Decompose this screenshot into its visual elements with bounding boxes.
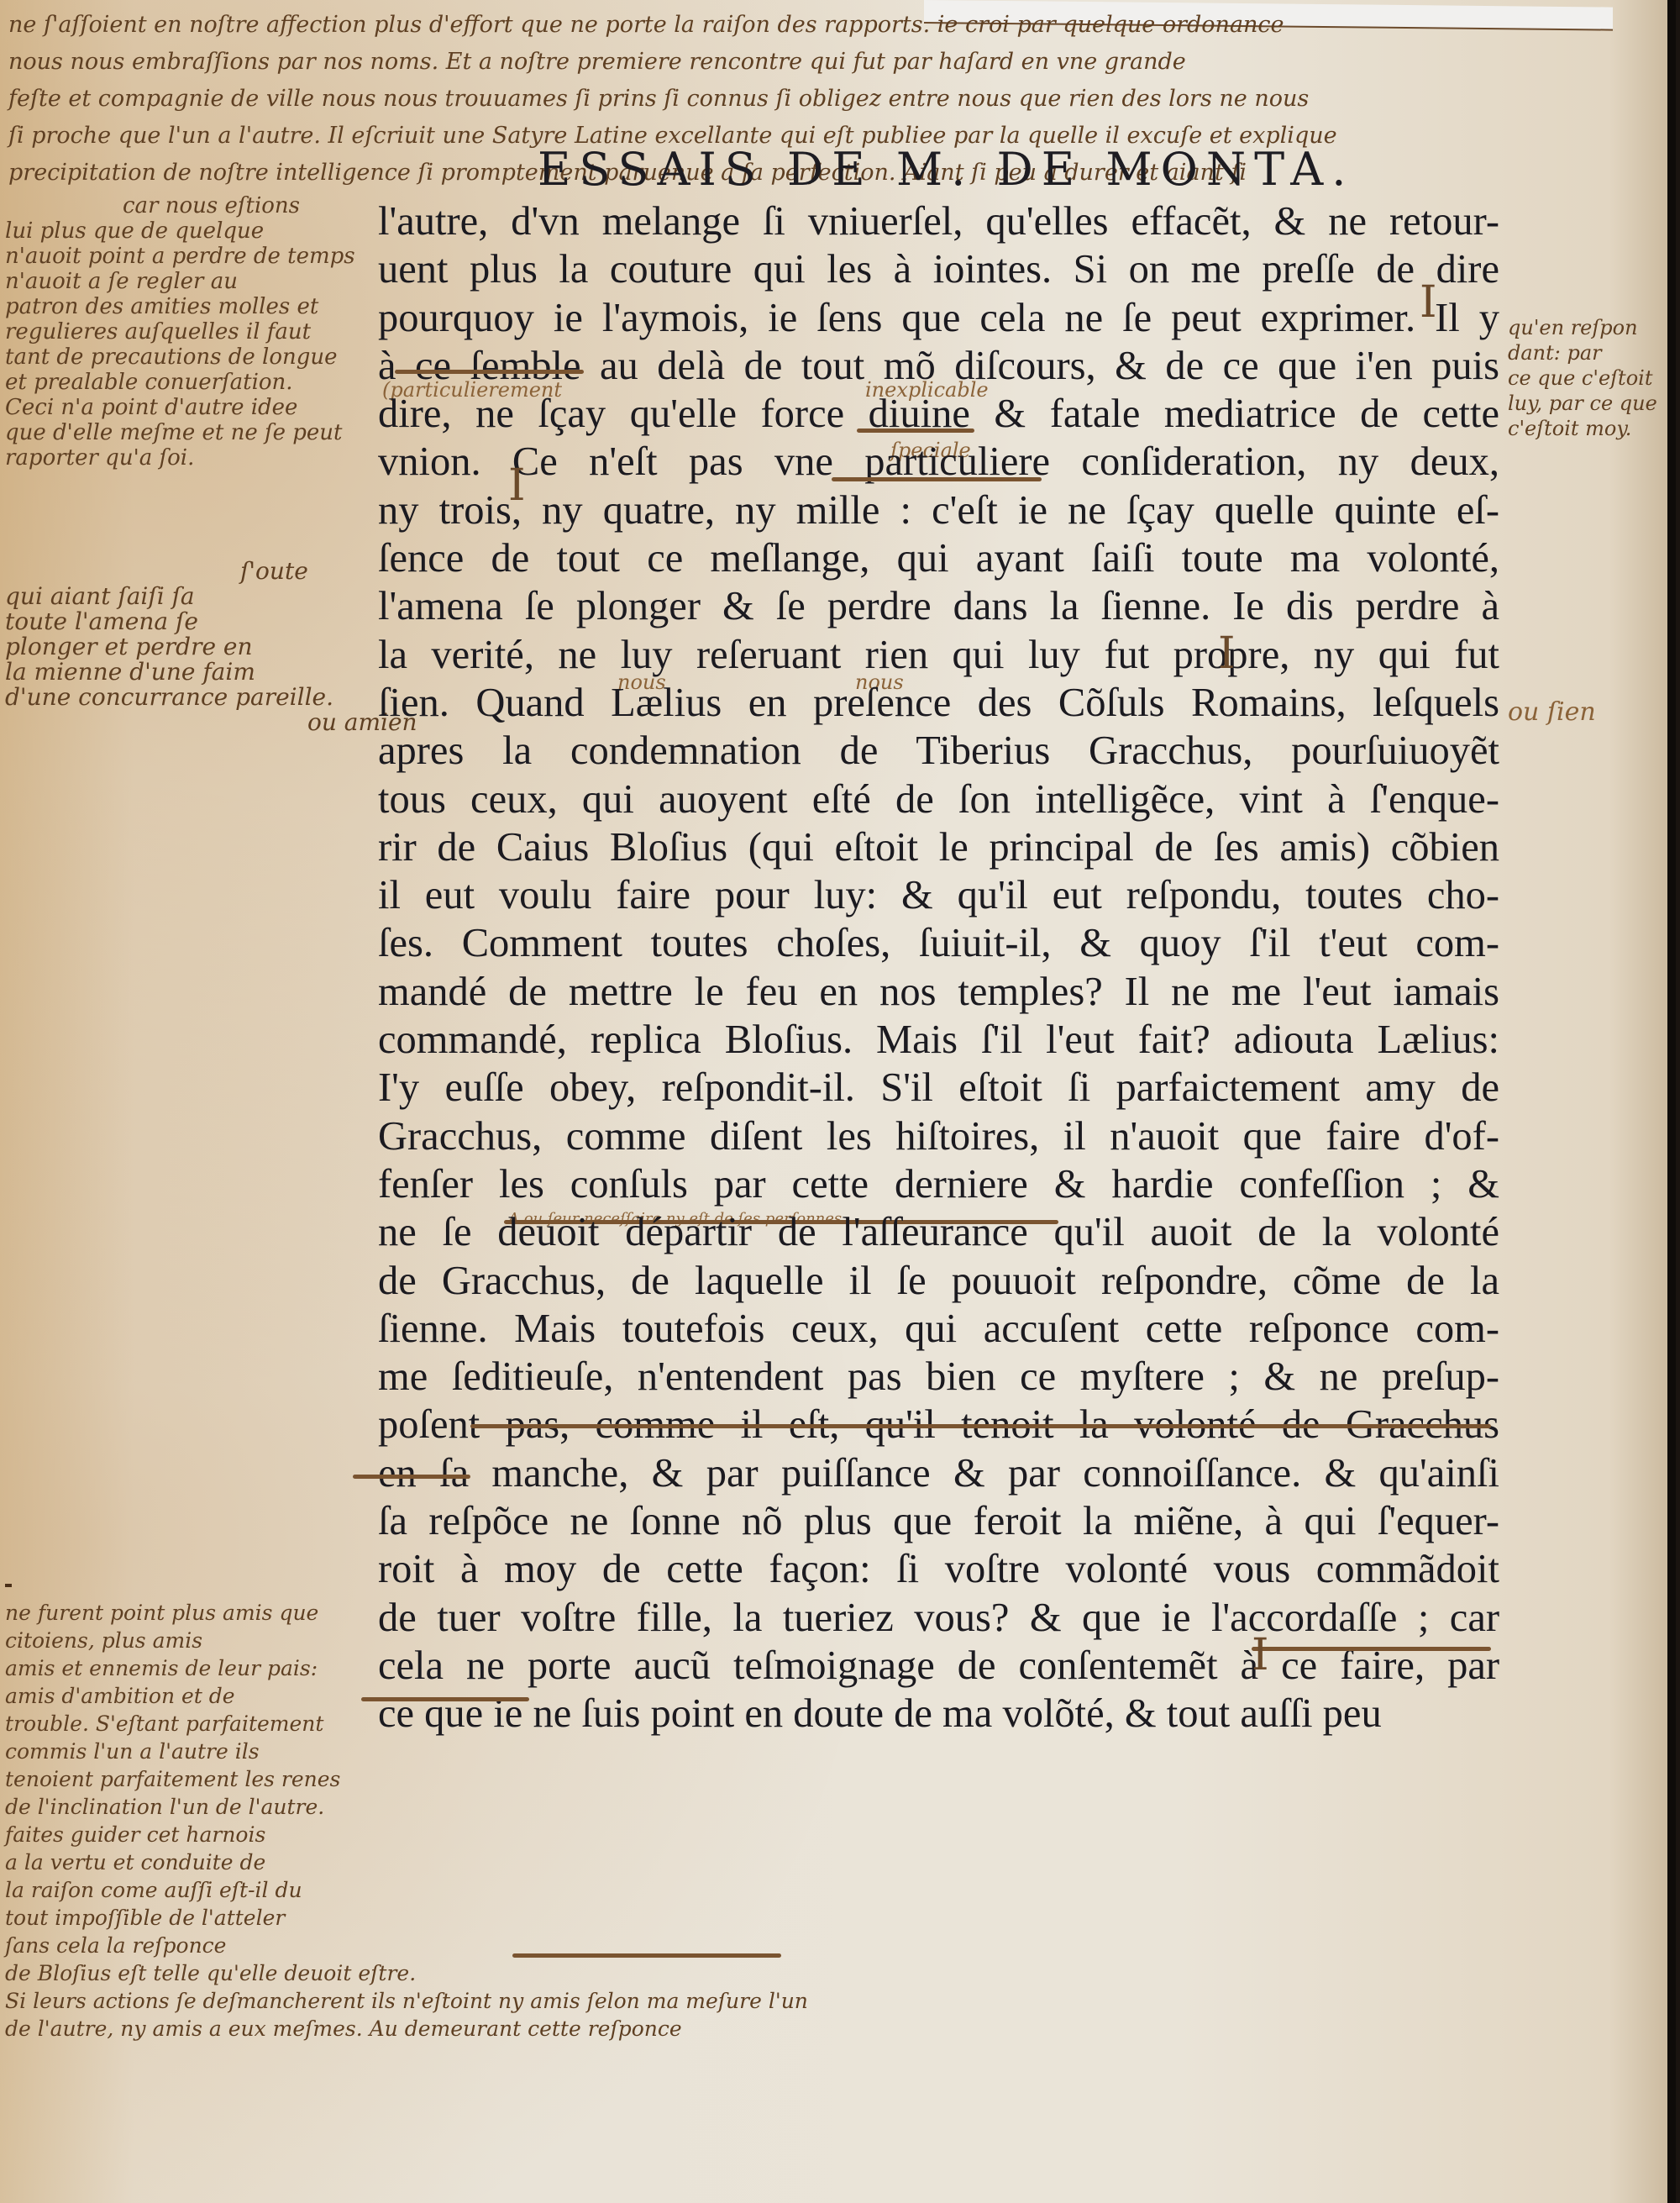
marginalia-line: lui plus que de quelque (5, 218, 355, 244)
marginalia-line: car nous eſtions (5, 193, 355, 218)
marginalia-line: que d'elle meſme et ne ſe peut (5, 420, 355, 445)
text-line: l'autre, d'vn melange ſi vniuerſel, qu'e… (378, 197, 1499, 245)
marginalia-line: d'une concurrance pareille. (5, 685, 417, 710)
marginalia-line: toute l'amena ſe (5, 609, 417, 634)
marginalia-line: la mienne d'une faim (5, 660, 417, 685)
marginalia-line: ou amien (5, 710, 417, 735)
marginalia-line: plonger et perdre en (5, 634, 417, 660)
text-line: de Gracchus, de laquelle il ſe pouuoit r… (378, 1257, 1499, 1305)
marginalia-line: de l'inclination l'un de l'autre. (5, 1793, 808, 1821)
text-line: pourquoy ie l'aymois, ie ſens que cela n… (378, 294, 1499, 342)
paragraph-mark: I (1218, 628, 1236, 679)
text-line: la verité, ne luy reſeruant rien qui luy… (378, 631, 1499, 679)
marginalia-line-struck (5, 1571, 341, 1599)
text-line: tous ceux, qui auoyent eſté de ſon intel… (378, 776, 1499, 823)
text-line: de tuer voſtre fille, la tueriez vous? &… (378, 1594, 1499, 1642)
strike-diuine (857, 429, 974, 433)
marginalia-line: dant: par (1508, 340, 1657, 365)
marginalia-line: ce que c'eſtoit (1508, 365, 1657, 391)
strike-sa-responce (361, 1697, 529, 1701)
marginalia-line: ne ſ'aſſoient en noſtre affection plus d… (8, 7, 1337, 44)
paragraph-mark: I (1252, 1630, 1269, 1680)
marginalia-line: raporter qu'a ſoi. (5, 445, 355, 471)
strike-marginal (512, 1953, 781, 1958)
marginalia-line: ſ'oute (5, 559, 417, 584)
text-line: I'y euſſe obey, reſpondit-il. S'il eſtoi… (378, 1064, 1499, 1112)
text-line: fenſer les conſuls par cette derniere & … (378, 1160, 1499, 1208)
text-line: uent plus la couture qui les à iointes. … (378, 245, 1499, 293)
marginalia-line: nous nous embraſſions par nos noms. Et a… (8, 44, 1337, 81)
marginalia-line: n'auoit point a perdre de temps (5, 244, 355, 269)
text-line: ſence de tout ce meſlange, qui ayant ſai… (378, 534, 1499, 582)
strike-qu-ainsi (1252, 1647, 1491, 1651)
paragraph-mark: I (508, 460, 526, 511)
text-line: me ſeditieuſe, n'entendent pas bien ce m… (378, 1353, 1499, 1401)
strike-ce-semble (395, 370, 584, 374)
marginalia-line: feſte et compagnie de ville nous nous tr… (8, 81, 1337, 118)
marginalia-line: Ceci n'a point d'autre idee (5, 395, 355, 420)
marginalia-line: a la vertu et conduite de (5, 1848, 808, 1876)
text-line: Gracchus, comme diſent les hiſtoires, il… (378, 1112, 1499, 1160)
text-line: il eut voulu faire pour luy: & qu'il eut… (378, 871, 1499, 919)
text-line: ny trois, ny quatre, ny mille : c'eſt ie… (378, 486, 1499, 534)
text-line: ſes. Comment toutes choſes, ſuiuit-il, &… (378, 919, 1499, 967)
marginalia-line: commis l'un a l'autre ils (5, 1738, 808, 1765)
marginalia-line: regulieres auſquelles il faut (5, 319, 355, 344)
text-line: mandé de mettre le feu en nos temples? I… (378, 968, 1499, 1016)
marginalia-ou-sien: ou ſien (1508, 699, 1596, 725)
marginalia-right: qu'en reſpon dant: par ce que c'eſtoit l… (1508, 315, 1657, 441)
text-line: rir de Caius Bloſius (qui eſtoit le prin… (378, 823, 1499, 871)
text-line: apres la condemnation de Tiberius Gracch… (378, 727, 1499, 775)
text-line: l'amena ſe plonger & ſe perdre dans la ſ… (378, 582, 1499, 630)
marginalia-line: de Bloſius eſt telle qu'elle deuoit eſtr… (5, 1959, 808, 1987)
text-line: en ſa manche, & par puiſſance & par conn… (378, 1449, 1499, 1497)
marginalia-line: et prealable conuerſation. (5, 370, 355, 395)
text-line: ſien. Quand Lælius en preſence des Cõſul… (378, 679, 1499, 727)
strike-particuliere (832, 477, 1042, 481)
text-line: roit à moy de cette façon: ſi voſtre vol… (378, 1545, 1499, 1593)
marginalia-line: faites guider cet harnois (5, 1821, 808, 1848)
marginalia-line: tout impoſſible de l'atteler (5, 1904, 808, 1932)
binding-shadow (1667, 0, 1676, 2203)
marginalia-left-upper: car nous eſtions lui plus que de quelque… (5, 193, 355, 471)
marginalia-line: patron des amities molles et (5, 294, 355, 319)
text-line: ſa reſpõce ne ſonne nõ plus que feroit l… (378, 1497, 1499, 1545)
marginalia-line: tant de precautions de longue (5, 344, 355, 370)
marginalia-line: Si leurs actions ſe deſmancherent ils n'… (5, 1987, 808, 2015)
marginalia-line: qu'en reſpon (1508, 315, 1657, 340)
text-line: ce que ie ne ſuis point en doute de ma v… (378, 1690, 1499, 1738)
marginalia-line: n'auoit a ſe regler au (5, 269, 355, 294)
paragraph-mark: I (1420, 277, 1437, 328)
text-line: commandé, replica Bloſius. Mais ſ'il l'e… (378, 1016, 1499, 1064)
running-head: ESSAIS DE M. DE MONTA. (538, 143, 1411, 196)
marginalia-line: qui aiant ſaiſi ſa (5, 584, 417, 609)
marginalia-line: tenoient parfaitement les renes (5, 1765, 808, 1793)
marginalia-line: luy, par ce que (1508, 391, 1657, 416)
text-line: ſienne. Mais toutefois ceux, qui accuſen… (378, 1305, 1499, 1353)
marginalia-line: la raiſon come auſſi eſt-il du (5, 1876, 808, 1904)
strike-de-laquelle (470, 1424, 1491, 1428)
marginalia-line: de l'autre, ny amis a eux meſmes. Au dem… (5, 2015, 808, 2043)
marginalia-line: c'eſtoit moy. (1508, 416, 1657, 441)
text-line: à ce ſemble au delà de tout mõ diſcours,… (378, 342, 1499, 390)
marginalia-left-middle: ſ'oute qui aiant ſaiſi ſa toute l'amena … (5, 559, 417, 735)
book-page: ne ſ'aſſoient en noſtre affection plus d… (0, 0, 1676, 2203)
strike-sienne (353, 1475, 470, 1479)
text-line: ne ſe deuoit départir de l'aſſeurance qu… (378, 1208, 1499, 1256)
